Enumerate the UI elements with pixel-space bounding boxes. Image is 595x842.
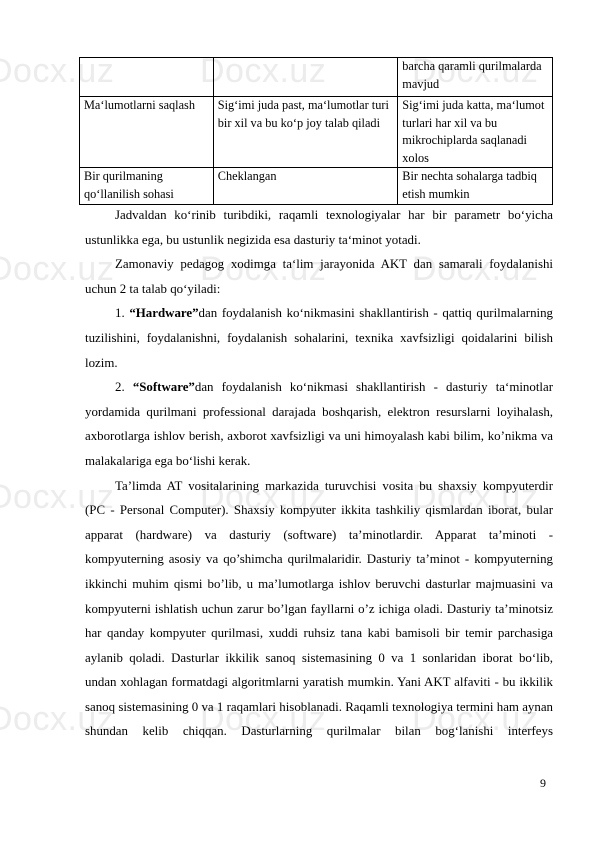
table-cell: [80, 58, 214, 97]
list-number: 1.: [115, 306, 129, 320]
table-cell: Bir nechta sohalarga tadbiq etish mumkin: [398, 168, 553, 204]
table-row: barcha qaramli qurilmalarda mavjud: [80, 58, 553, 97]
paragraph-software: 2. “Software”dan foydalanish ko‘nikmasi …: [85, 375, 553, 473]
list-number: 2.: [115, 380, 133, 394]
paragraph: Jadvaldan ko‘rinib turibdiki, raqamli te…: [85, 203, 553, 252]
paragraph-hardware: 1. “Hardware”dan foydalanish ko‘nikmasin…: [85, 301, 553, 375]
table-cell: Sig‘imi juda past, ma‘lumotlar turi bir …: [213, 97, 398, 168]
paragraph: Zamonaviy pedagog xodimga ta‘lim jarayon…: [85, 252, 553, 301]
table-row: Ma‘lumotlarni saqlash Sig‘imi juda past,…: [80, 97, 553, 168]
table-cell: Bir qurilmaning qo‘llanilish sohasi: [80, 168, 214, 204]
comparison-table: barcha qaramli qurilmalarda mavjud Ma‘lu…: [79, 57, 553, 205]
body-text: Jadvaldan ko‘rinib turibdiki, raqamli te…: [85, 203, 553, 744]
table-cell: Ma‘lumotlarni saqlash: [80, 97, 214, 168]
table-cell: [213, 58, 398, 97]
table-cell: Sig‘imi juda katta, ma‘lumot turlari har…: [398, 97, 553, 168]
table-row: Bir qurilmaning qo‘llanilish sohasi Chek…: [80, 168, 553, 204]
table-cell: barcha qaramli qurilmalarda mavjud: [398, 58, 553, 97]
bold-term: “Software”: [133, 380, 195, 394]
paragraph: Ta’limda AT vositalarining markazida tur…: [85, 474, 553, 745]
document-page: barcha qaramli qurilmalarda mavjud Ma‘lu…: [0, 0, 595, 842]
table-cell: Cheklangan: [213, 168, 398, 204]
bold-term: “Hardware”: [129, 306, 198, 320]
page-number: 9: [540, 776, 546, 791]
